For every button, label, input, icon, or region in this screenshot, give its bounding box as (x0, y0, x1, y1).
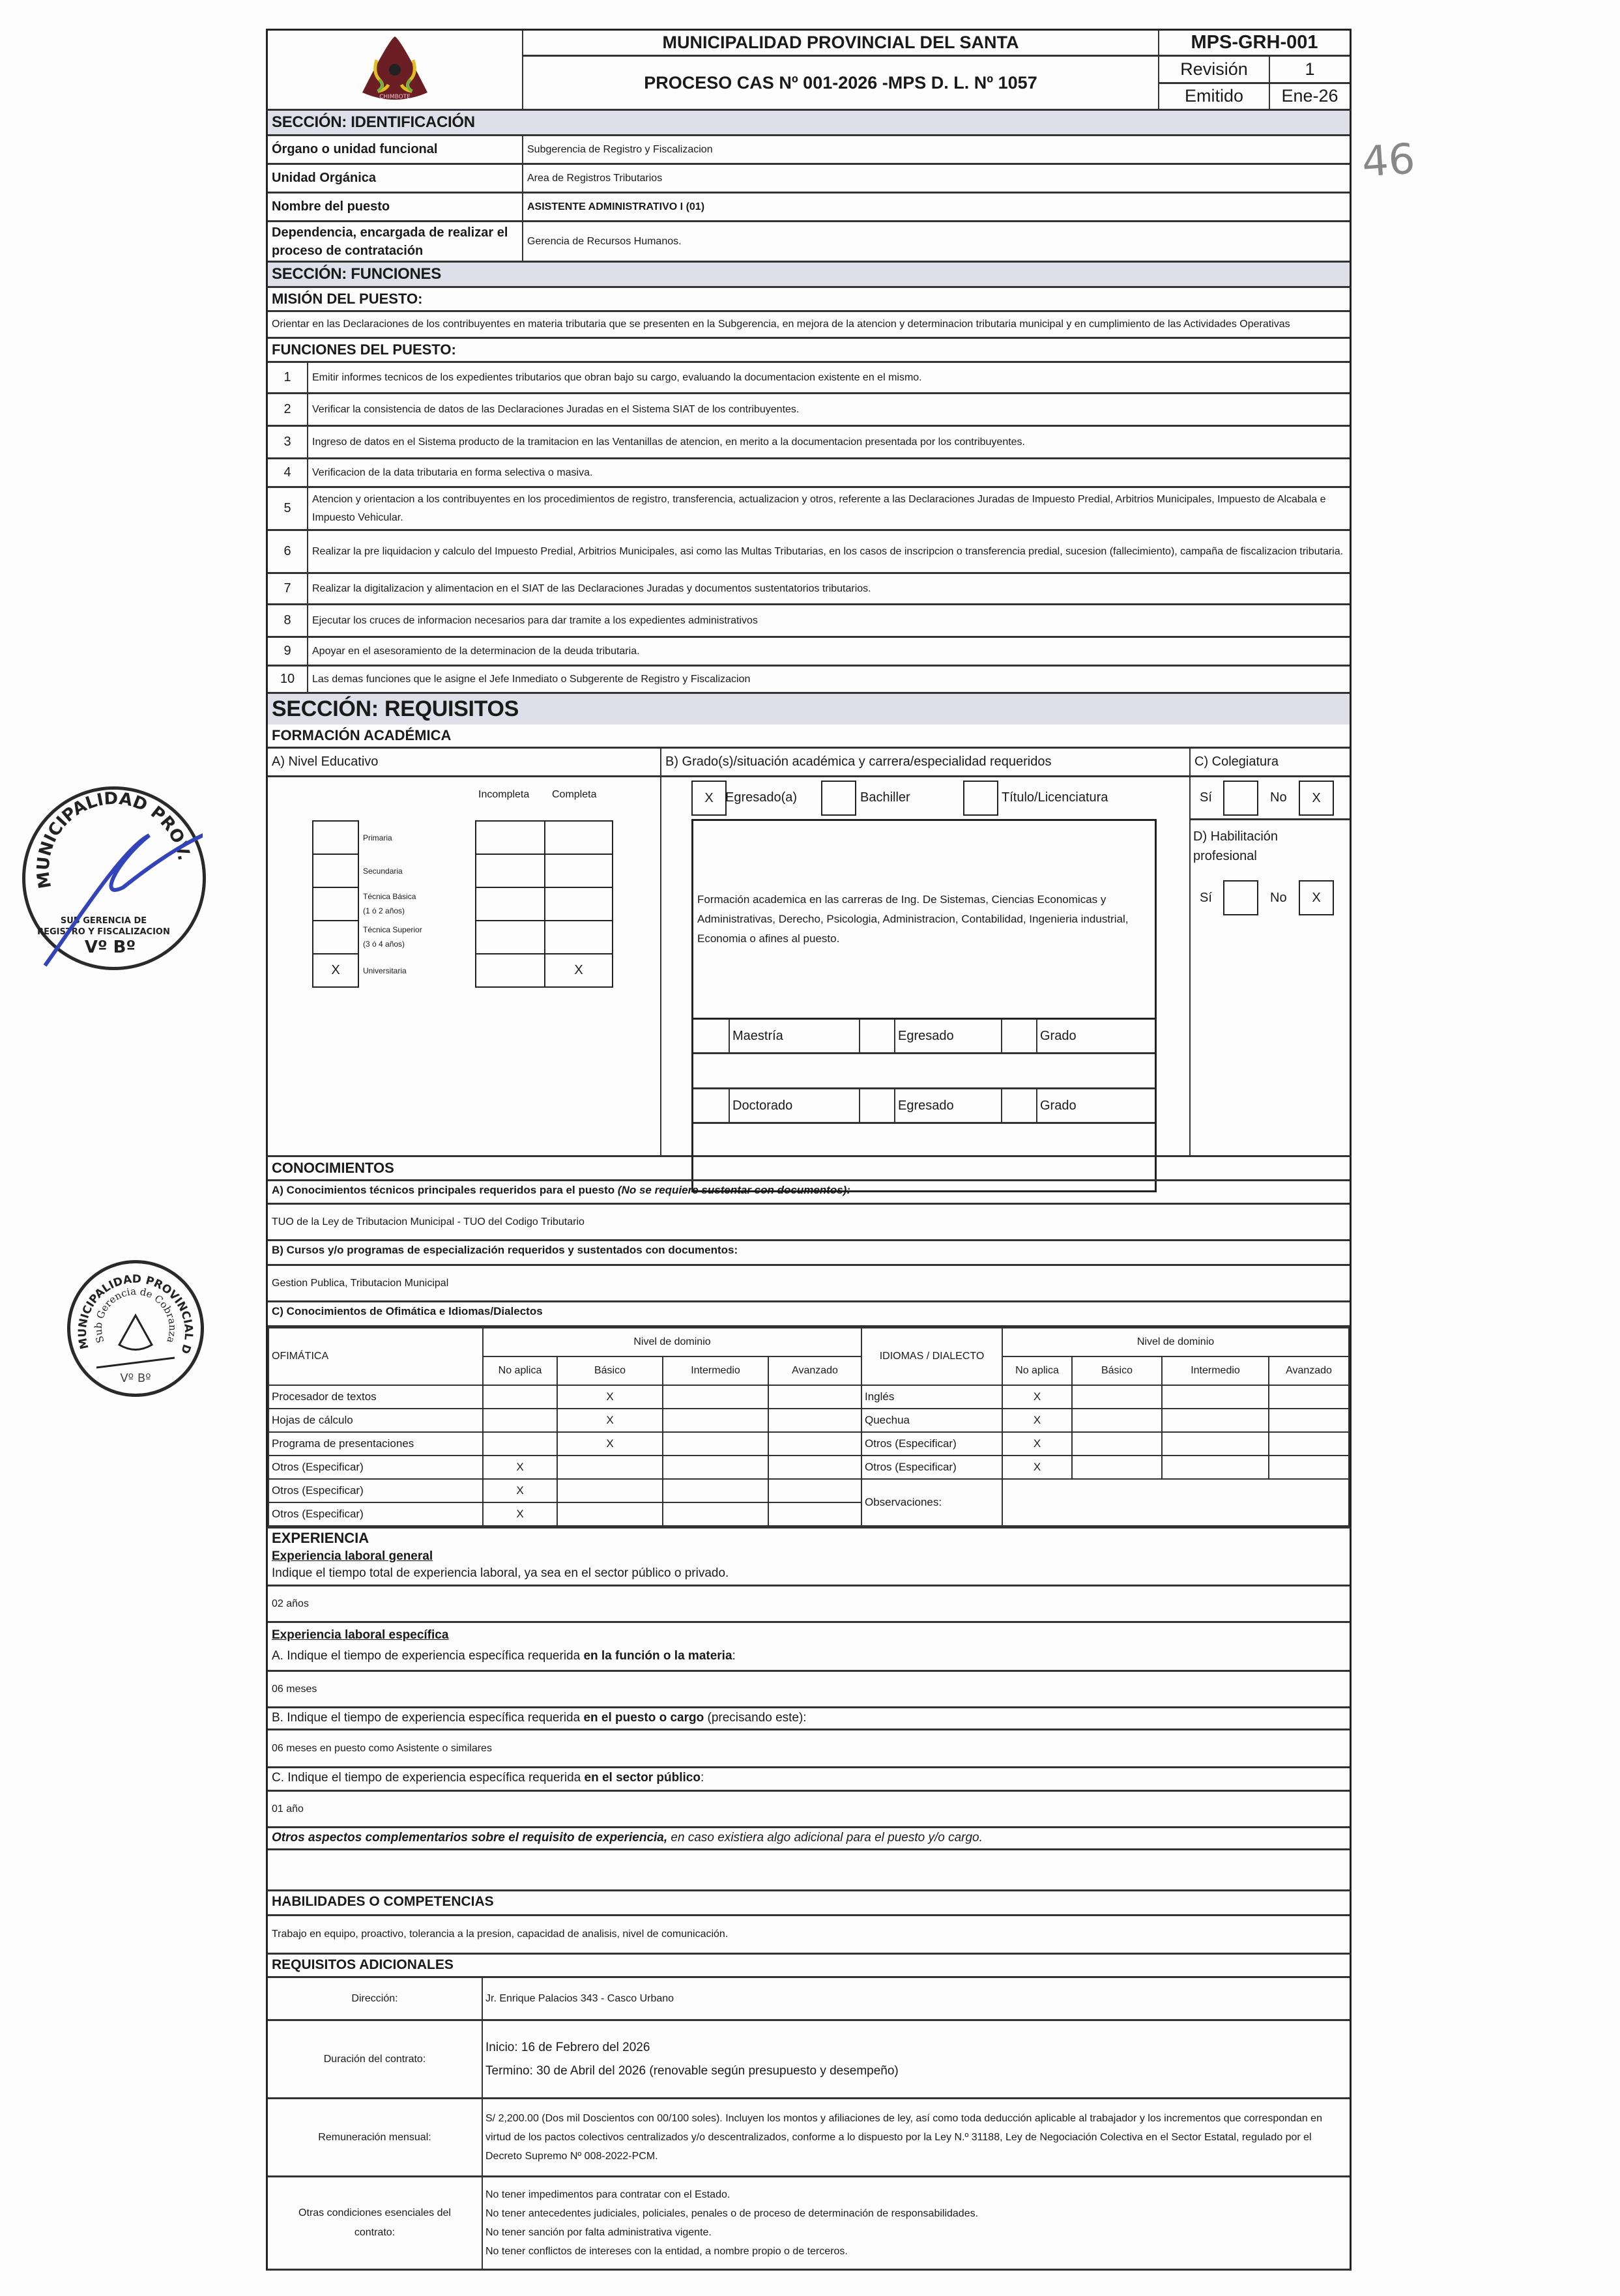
conocimientos-title: CONOCIMIENTOS (268, 1157, 1350, 1181)
stamp-registro-fiscalizacion: MUNICIPALIDAD PROV. DEL SANTA SUB GERENC… (22, 786, 206, 970)
adicional-row: Remuneración mensual:S/ 2,200.00 (Dos mi… (268, 2099, 1350, 2177)
completa-label: Completa (552, 789, 596, 801)
habilitacion-no-label: No (1270, 891, 1287, 906)
colegiatura-title: C) Colegiatura (1191, 749, 1350, 775)
funcion-row: 9Apoyar en el asesoramiento de la determ… (268, 638, 1350, 667)
idioma-level-mark[interactable]: X (1002, 1432, 1072, 1456)
id-label: Unidad Orgánica (268, 165, 523, 192)
id-label: Órgano o unidad funcional (268, 136, 523, 163)
funcion-row: 4Verificacion de la data tributaria en f… (268, 459, 1350, 488)
issued-value: Ene-26 (1270, 84, 1350, 109)
idioma-level-mark[interactable] (1269, 1409, 1349, 1432)
ofimatica-level-mark[interactable] (768, 1385, 861, 1409)
experiencia-general-value: 02 años (268, 1586, 1350, 1623)
nivel-completa-cell[interactable] (544, 820, 613, 855)
level-header: Básico (557, 1356, 663, 1385)
ofimatica-level-mark[interactable] (557, 1479, 663, 1502)
experiencia-a-value: 06 meses (268, 1672, 1350, 1708)
idioma-level-mark[interactable] (1269, 1385, 1349, 1409)
funcion-text: Apoyar en el asesoramiento de la determi… (308, 638, 1350, 665)
idioma-level-mark[interactable] (1162, 1456, 1269, 1479)
prompt-bold: en el sector público (585, 1771, 701, 1785)
nivel-educativo-panel: Incompleta Completa PrimariaSecundariaTé… (268, 777, 661, 1155)
prompt-text: C. Indique el tiempo de experiencia espe… (272, 1771, 585, 1785)
ofimatica-level-mark[interactable]: X (557, 1432, 663, 1456)
nivel-completa-cell[interactable]: X (544, 953, 613, 988)
adicional-line: Termino: 30 de Abril del 2026 (renovable… (485, 2059, 1347, 2083)
idioma-level-mark[interactable] (1162, 1432, 1269, 1456)
grado-label: Bachiller (860, 790, 910, 805)
formacion-title: FORMACIÓN ACADÉMICA (268, 725, 1350, 749)
idioma-level-mark[interactable] (1072, 1409, 1162, 1432)
funcion-text: Ejecutar los cruces de informacion neces… (308, 605, 1350, 636)
funcion-row: 10Las demas funciones que le asigne el J… (268, 667, 1350, 694)
nivel-incompleta-cell[interactable] (475, 854, 545, 888)
idioma-level-mark[interactable]: X (1002, 1385, 1072, 1409)
experiencia-general-title: Experiencia laboral general (268, 1548, 1350, 1565)
experiencia-b-value: 06 meses en puesto como Asistente o simi… (268, 1730, 1350, 1768)
funcion-text: Las demas funciones que le asigne el Jef… (308, 667, 1350, 692)
ofimatica-name: Otros (Especificar) (268, 1479, 483, 1502)
adicional-label: Remuneración mensual: (268, 2099, 483, 2175)
adicional-label: Dirección: (268, 1978, 483, 2019)
experiencia-general-prompt: Indique el tiempo total de experiencia l… (268, 1565, 1350, 1586)
nivel-incompleta-cell[interactable] (475, 953, 545, 988)
ofimatica-level-mark[interactable] (768, 1479, 861, 1502)
adicional-line: No tener impedimentos para contratar con… (485, 2185, 1347, 2204)
ofimatica-level-mark[interactable] (663, 1502, 768, 1526)
adicional-row: Otras condiciones esenciales del contrat… (268, 2177, 1350, 2269)
ofimatica-level-mark[interactable] (557, 1456, 663, 1479)
funcion-row: 1Emitir informes tecnicos de los expedie… (268, 363, 1350, 394)
grado-label: Título/Licenciatura (1002, 790, 1108, 805)
ofimatica-level-mark[interactable]: X (483, 1479, 557, 1502)
funcion-row: 2Verificar la consistencia de datos de l… (268, 394, 1350, 427)
habilitacion-no-checkbox[interactable]: X (1299, 880, 1334, 915)
funcion-number: 2 (268, 394, 308, 425)
organization-name: MUNICIPALIDAD PROVINCIAL DEL SANTA (523, 31, 1158, 57)
logo-text: CHIMBOTE (379, 94, 411, 100)
ofimatica-level-mark[interactable] (663, 1409, 768, 1432)
funcion-number: 6 (268, 531, 308, 572)
prompt-bold: en el puesto o cargo (583, 1711, 704, 1725)
idioma-level-mark[interactable]: X (1002, 1456, 1072, 1479)
adicional-row: Dirección:Jr. Enrique Palacios 343 - Cas… (268, 1978, 1350, 2021)
adicional-label: Otras condiciones esenciales del contrat… (268, 2177, 483, 2269)
level-header: Intermedio (663, 1356, 768, 1385)
experiencia-c-prompt: C. Indique el tiempo de experiencia espe… (268, 1768, 1350, 1792)
nivel-checkbox[interactable] (312, 920, 359, 954)
experiencia-otros-prompt: Otros aspectos complementarios sobre el … (268, 1828, 1350, 1850)
idioma-level-mark[interactable]: X (1002, 1409, 1072, 1432)
nivel-completa-cell[interactable] (544, 887, 613, 921)
adicional-line: No tener sanción por falta administrativ… (485, 2223, 1347, 2242)
prompt-suffix: : (701, 1771, 704, 1785)
conocimientos-b-value: Gestion Publica, Tributacion Municipal (268, 1266, 1350, 1302)
adicional-value: Inicio: 16 de Febrero del 2026Termino: 3… (483, 2021, 1350, 2097)
otros-italic: en caso existiera algo adicional para el… (667, 1831, 983, 1844)
ofimatica-row: Otros (Especificar)XOtros (Especificar)X (268, 1456, 1349, 1479)
level-header: Básico (1072, 1356, 1162, 1385)
funciones-title: FUNCIONES DEL PUESTO: (268, 339, 1350, 363)
ofimatica-name: Hojas de cálculo (268, 1409, 483, 1432)
section-identificacion: SECCIÓN: IDENTIFICACIÓN Órgano o unidad … (266, 111, 1352, 288)
habilitacion-si-checkbox[interactable] (1223, 880, 1258, 915)
funcion-text: Emitir informes tecnicos de los expedien… (308, 363, 1350, 392)
funcion-text: Ingreso de datos en el Sistema producto … (308, 427, 1350, 457)
document-page: CHIMBOTE MUNICIPALIDAD PROVINCIAL DEL SA… (266, 29, 1352, 2271)
doctorado-label: Doctorado (730, 1089, 860, 1122)
idioma-level-mark[interactable] (1269, 1456, 1349, 1479)
funcion-row: 6Realizar la pre liquidacion y calculo d… (268, 531, 1350, 574)
stamp-bottom-text-2: REGISTRO Y FISCALIZACION (37, 927, 170, 937)
section-requisitos-adicionales: REQUISITOS ADICIONALES Dirección:Jr. Enr… (266, 1955, 1352, 2271)
funcion-number: 4 (268, 459, 308, 486)
adicional-value: Jr. Enrique Palacios 343 - Casco Urbano (483, 1978, 1350, 2019)
ofimatica-level-mark[interactable] (663, 1479, 768, 1502)
municipal-crest-icon (119, 1315, 152, 1350)
idioma-level-mark[interactable] (1072, 1385, 1162, 1409)
funcion-row: 5Atencion y orientacion a los contribuye… (268, 488, 1350, 531)
grado-checkbox[interactable] (963, 781, 998, 816)
adicional-line: Inicio: 16 de Febrero del 2026 (485, 2036, 1347, 2059)
funcion-number: 10 (268, 667, 308, 692)
observaciones-field[interactable] (1002, 1479, 1349, 1526)
section-conocimientos: CONOCIMIENTOS A) Conocimientos técnicos … (266, 1157, 1352, 1528)
experiencia-otros-value (268, 1850, 1350, 1889)
adicional-line: No tener antecedentes judiciales, polici… (485, 2204, 1347, 2223)
idiomas-header: IDIOMAS / DIALECTO (861, 1328, 1002, 1385)
ofimatica-level-mark[interactable] (557, 1502, 663, 1526)
conocimientos-a-title-text: A) Conocimientos técnicos principales re… (272, 1184, 615, 1196)
prompt-bold: en la función o la materia (583, 1649, 732, 1663)
id-label: Dependencia, encargada de realizar el pr… (268, 222, 523, 261)
nivel-label: Técnica Superior (3 ó 4 años) (363, 923, 422, 951)
funcion-number: 3 (268, 427, 308, 457)
stamp-vb: Vº Bº (85, 938, 136, 957)
habilidades-value: Trabajo en equipo, proactivo, tolerancia… (268, 1916, 1350, 1953)
funcion-text: Realizar la digitalizacion y alimentacio… (308, 574, 1350, 603)
habilidades-title: HABILIDADES O COMPETENCIAS (268, 1891, 1350, 1916)
funcion-text: Realizar la pre liquidacion y calculo de… (308, 531, 1350, 572)
ofimatica-idiomas-table: OFIMÁTICANivel de dominioIDIOMAS / DIALE… (268, 1327, 1350, 1527)
ofimatica-level-mark[interactable]: X (557, 1409, 663, 1432)
funcion-number: 5 (268, 488, 308, 529)
ofimatica-level-mark[interactable] (663, 1385, 768, 1409)
ofimatica-level-mark[interactable] (663, 1456, 768, 1479)
carrera-box: Formación academica en las carreras de I… (691, 819, 1157, 1020)
ofimatica-name: Otros (Especificar) (268, 1456, 483, 1479)
grado-label: Egresado(a) (725, 790, 797, 805)
adicional-line: Jr. Enrique Palacios 343 - Casco Urbano (485, 1989, 1347, 2008)
funciones-list: 1Emitir informes tecnicos de los expedie… (268, 363, 1350, 694)
nivel-completa-cell[interactable] (544, 854, 613, 888)
doctorado-egresado-label: Egresado (895, 1089, 1002, 1122)
nivel-incompleta-cell[interactable] (475, 820, 545, 855)
ofimatica-level-mark[interactable]: X (483, 1502, 557, 1526)
idioma-level-mark[interactable] (1072, 1456, 1162, 1479)
funcion-row: 8Ejecutar los cruces de informacion nece… (268, 605, 1350, 638)
section-experiencia: EXPERIENCIA Experiencia laboral general … (266, 1528, 1352, 1891)
id-label: Nombre del puesto (268, 194, 523, 220)
conocimientos-a-value: TUO de la Ley de Tributacion Municipal -… (268, 1205, 1350, 1241)
habilitacion-si-label: Sí (1200, 891, 1212, 906)
funcion-number: 8 (268, 605, 308, 636)
adicional-row: Duración del contrato:Inicio: 16 de Febr… (268, 2021, 1350, 2099)
habilitacion-title: D) Habilitación profesional (1193, 827, 1284, 866)
idioma-level-mark[interactable] (1072, 1432, 1162, 1456)
funcion-number: 9 (268, 638, 308, 665)
level-header: No aplica (1002, 1356, 1072, 1385)
ofimatica-row: Hojas de cálculoXQuechuaX (268, 1409, 1349, 1432)
nivel-checkbox[interactable] (312, 820, 359, 855)
nivel-label: Técnica Básica (1 ó 2 años) (363, 889, 416, 918)
id-value: ASISTENTE ADMINISTRATIVO I (01) (523, 194, 1350, 220)
conocimientos-b-title: B) Cursos y/o programas de especializaci… (268, 1241, 1350, 1266)
section-requisitos: SECCIÓN: REQUISITOS FORMACIÓN ACADÉMICA … (266, 694, 1352, 1157)
idioma-name: Otros (Especificar) (861, 1432, 1002, 1456)
adicional-label: Duración del contrato: (268, 2021, 483, 2097)
nivel-incompleta-cell[interactable] (475, 920, 545, 954)
funcion-number: 1 (268, 363, 308, 392)
stamp-cobranzas: MUNICIPALIDAD PROVINCIAL DEL SANTA Sub G… (67, 1260, 204, 1397)
colegiatura-no-label: No (1270, 790, 1287, 805)
carrera-text: Formación academica en las carreras de I… (697, 821, 1151, 1018)
ofimatica-row: Procesador de textosXInglésX (268, 1385, 1349, 1409)
experiencia-especifica-title: Experiencia laboral específica (268, 1623, 1350, 1644)
ofimatica-level-mark[interactable] (483, 1432, 557, 1456)
colegiatura-si-checkbox[interactable] (1223, 781, 1258, 816)
idioma-name: Otros (Especificar) (861, 1456, 1002, 1479)
revision-value: 1 (1270, 57, 1350, 82)
nivel-checkbox[interactable] (312, 887, 359, 921)
document-header: CHIMBOTE MUNICIPALIDAD PROVINCIAL DEL SA… (266, 29, 1352, 111)
prompt-suffix: : (732, 1649, 736, 1663)
ofimatica-header: OFIMÁTICA (268, 1328, 483, 1385)
nivel-incompleta-cell[interactable] (475, 887, 545, 921)
conocimientos-a-note: (No se requiere sustentar con documentos… (618, 1184, 850, 1196)
municipal-logo: CHIMBOTE (268, 31, 523, 109)
nivel-completa-cell[interactable] (544, 920, 613, 954)
process-title: PROCESO CAS Nº 001-2026 -MPS D. L. Nº 10… (523, 57, 1158, 109)
ofimatica-level-mark[interactable] (768, 1502, 861, 1526)
level-header: Intermedio (1162, 1356, 1269, 1385)
conocimientos-c-title: C) Conocimientos de Ofimática e Idiomas/… (268, 1302, 1350, 1327)
prompt-text: B. Indique el tiempo de experiencia espe… (272, 1711, 583, 1725)
idioma-name: Quechua (861, 1409, 1002, 1432)
document-code: MPS-GRH-001 (1159, 31, 1350, 57)
maestria-label: Maestría (730, 1020, 860, 1052)
incompleta-label: Incompleta (478, 789, 529, 801)
idiomas-nivel-header: Nivel de dominio (1002, 1328, 1349, 1356)
grado-checkbox[interactable] (821, 781, 856, 816)
colegiatura-panel: Sí No X D) Habilitación profesional Sí N… (1191, 777, 1350, 1155)
grado-title: B) Grado(s)/situación académica y carrer… (661, 749, 1191, 775)
grado-checkbox[interactable]: X (691, 781, 727, 816)
experiencia-a-prompt: A. Indique el tiempo de experiencia espe… (268, 1644, 1350, 1672)
nivel-label: Primaria (363, 831, 392, 845)
maestria-egresado-label: Egresado (895, 1020, 1002, 1052)
adicionales-title: REQUISITOS ADICIONALES (268, 1955, 1350, 1978)
section-habilidades: HABILIDADES O COMPETENCIAS Trabajo en eq… (266, 1891, 1352, 1955)
prompt-text: A. Indique el tiempo de experiencia espe… (272, 1649, 583, 1663)
mision-text: Orientar en las Declaraciones de los con… (268, 312, 1350, 339)
nivel-educativo-title: A) Nivel Educativo (268, 749, 661, 775)
nivel-checkbox[interactable]: X (312, 953, 359, 988)
section-title-requisitos: SECCIÓN: REQUISITOS (268, 694, 1350, 725)
nivel-checkbox[interactable] (312, 854, 359, 888)
ofimatica-level-mark[interactable] (483, 1409, 557, 1432)
grado-panel: XEgresado(a)BachillerTítulo/Licenciatura… (661, 777, 1191, 1155)
ofimatica-name: Procesador de textos (268, 1385, 483, 1409)
adicional-line: S/ 2,200.00 (Dos mil Doscientos con 00/1… (485, 2109, 1347, 2166)
colegiatura-si-label: Sí (1200, 790, 1212, 805)
experiencia-b-prompt: B. Indique el tiempo de experiencia espe… (268, 1708, 1350, 1730)
funcion-row: 7Realizar la digitalizacion y alimentaci… (268, 574, 1350, 605)
funcion-text: Verificacion de la data tributaria en fo… (308, 459, 1350, 486)
funcion-row: 3Ingreso de datos en el Sistema producto… (268, 427, 1350, 459)
issued-label: Emitido (1159, 84, 1270, 109)
handwritten-page-number: 46 (1361, 135, 1417, 187)
colegiatura-no-checkbox[interactable]: X (1299, 781, 1334, 816)
stamp2-vb: Vº Bº (120, 1371, 151, 1385)
funcion-number: 7 (268, 574, 308, 603)
ofimatica-nivel-header: Nivel de dominio (483, 1328, 861, 1356)
ofimatica-row: Programa de presentacionesXOtros (Especi… (268, 1432, 1349, 1456)
idioma-level-mark[interactable] (1269, 1432, 1349, 1456)
ofimatica-level-mark[interactable] (483, 1385, 557, 1409)
ofimatica-level-mark[interactable]: X (483, 1456, 557, 1479)
ofimatica-name: Otros (Especificar) (268, 1502, 483, 1526)
ofimatica-level-mark[interactable]: X (557, 1385, 663, 1409)
experiencia-c-value: 01 año (268, 1792, 1350, 1828)
funcion-text: Verificar la consistencia de datos de la… (308, 394, 1350, 425)
nivel-label: Universitaria (363, 964, 407, 978)
adicional-value: No tener impedimentos para contratar con… (483, 2177, 1350, 2269)
ofimatica-name: Programa de presentaciones (268, 1432, 483, 1456)
id-value: Area de Registros Tributarios (523, 165, 1350, 192)
revision-label: Revisión (1159, 57, 1270, 82)
id-value: Subgerencia de Registro y Fiscalizacion (523, 136, 1350, 163)
ofimatica-row: Otros (Especificar)XObservaciones: (268, 1479, 1349, 1502)
prompt-suffix: (precisando este): (704, 1711, 806, 1725)
idioma-level-mark[interactable] (1162, 1385, 1269, 1409)
adicional-line: No tener conflictos de intereses con la … (485, 2242, 1347, 2261)
funcion-text: Atencion y orientacion a los contribuyen… (308, 488, 1350, 529)
ofimatica-level-mark[interactable] (768, 1432, 861, 1456)
experiencia-title: EXPERIENCIA (268, 1528, 1350, 1548)
ofimatica-level-mark[interactable] (768, 1409, 861, 1432)
section-title-funciones: SECCIÓN: FUNCIONES (268, 263, 1350, 286)
level-header: Avanzado (768, 1356, 861, 1385)
mision-title: MISIÓN DEL PUESTO: (268, 288, 1350, 312)
section-title-identificacion: SECCIÓN: IDENTIFICACIÓN (268, 111, 1350, 136)
idioma-name: Inglés (861, 1385, 1002, 1409)
idioma-level-mark[interactable] (1162, 1409, 1269, 1432)
doctorado-grado-label: Grado (1037, 1089, 1155, 1122)
level-header: Avanzado (1269, 1356, 1349, 1385)
ofimatica-level-mark[interactable] (663, 1432, 768, 1456)
id-value: Gerencia de Recursos Humanos. (523, 222, 1350, 261)
adicional-value: S/ 2,200.00 (Dos mil Doscientos con 00/1… (483, 2099, 1350, 2175)
ofimatica-level-mark[interactable] (768, 1456, 861, 1479)
observaciones-label: Observaciones: (861, 1479, 1002, 1526)
otros-bold: Otros aspectos complementarios sobre el … (272, 1831, 667, 1844)
conocimientos-a-title: A) Conocimientos técnicos principales re… (268, 1181, 1350, 1205)
level-header: No aplica (483, 1356, 557, 1385)
section-funciones: MISIÓN DEL PUESTO: Orientar en las Decla… (266, 288, 1352, 696)
maestria-grado-label: Grado (1037, 1020, 1155, 1052)
nivel-label: Secundaria (363, 864, 403, 878)
